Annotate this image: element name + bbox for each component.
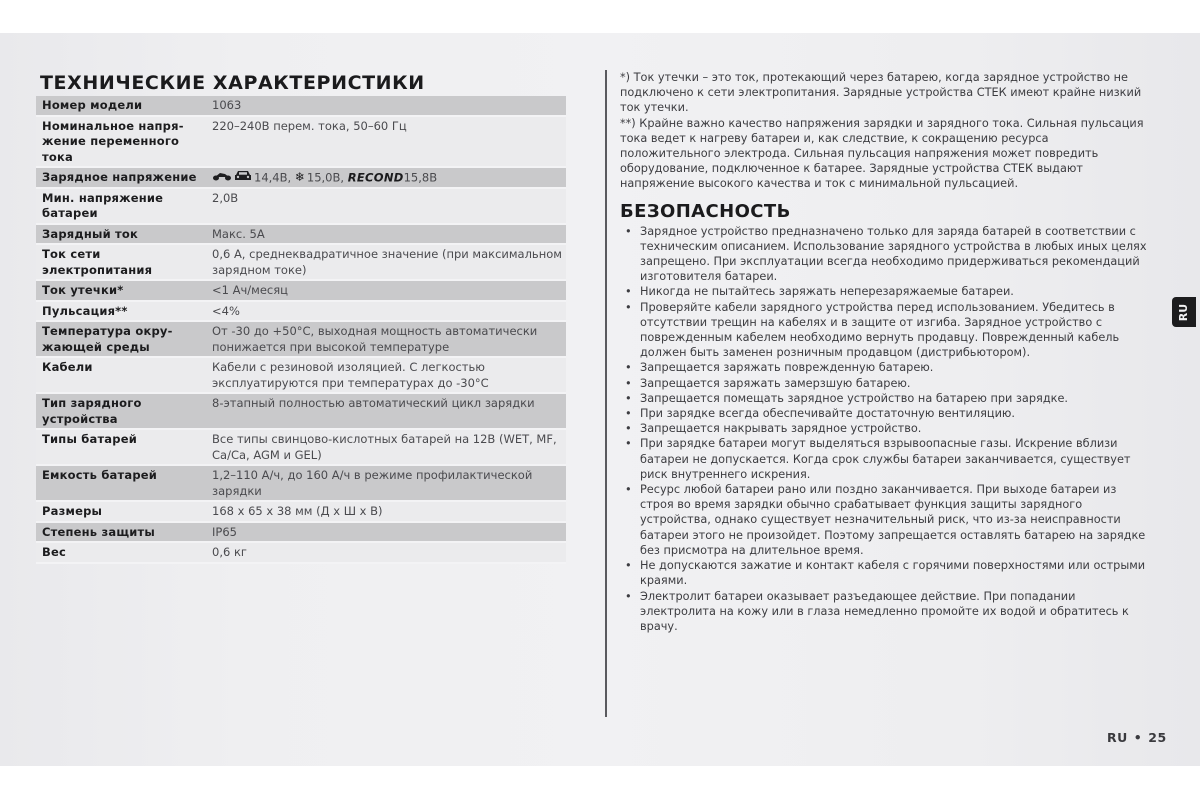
safety-item: •Никогда не пытайтесь заряжать неперезар… xyxy=(620,284,1150,299)
safety-item-text: Запрещается накрывать зарядное устройств… xyxy=(640,422,921,435)
safety-list: •Зарядное устройство предназначено тольк… xyxy=(620,224,1150,634)
spec-value: IP65 xyxy=(206,522,566,543)
safety-item-text: Запрещается заряжать замерзшую батарею. xyxy=(640,377,911,390)
safety-item-text: Электролит батареи оказывает разъедающее… xyxy=(640,590,1129,633)
spec-value: 2,0В xyxy=(206,188,566,224)
safety-item: •Ресурс любой батареи рано или поздно за… xyxy=(620,482,1150,558)
spec-value: Макс. 5А xyxy=(206,224,566,245)
notes-and-safety-section: *) Ток утечки – это ток, протекающий чер… xyxy=(620,70,1150,634)
leakage-current-footnote: *) Ток утечки – это ток, протекающий чер… xyxy=(620,70,1150,116)
spec-row: Вес0,6 кг xyxy=(36,542,566,563)
tech-specs-table: Номер модели1063Номинальное напря-жение … xyxy=(36,96,566,564)
spec-label: Зарядное напряжение xyxy=(36,167,206,188)
spec-label: Номер модели xyxy=(36,96,206,116)
safety-item-text: Запрещается заряжать поврежденную батаре… xyxy=(640,361,933,374)
safety-item: •При зарядке батареи могут выделяться вз… xyxy=(620,436,1150,482)
spec-label: Вес xyxy=(36,542,206,563)
voltage-cold: 15,0В, xyxy=(307,170,344,184)
safety-item: •При зарядке всегда обеспечивайте достат… xyxy=(620,406,1150,421)
language-tab: RU xyxy=(1172,297,1196,327)
tech-specs-title: ТЕХНИЧЕСКИЕ ХАРАКТЕРИСТИКИ xyxy=(36,70,566,96)
voltage-normal: 14,4В, xyxy=(254,170,291,184)
bullet-icon: • xyxy=(625,376,632,391)
spec-value: <4% xyxy=(206,301,566,322)
bullet-icon: • xyxy=(625,436,632,451)
spec-value: 8-этапный полностью автоматический цикл … xyxy=(206,393,566,429)
spec-row: Зарядный токМакс. 5А xyxy=(36,224,566,245)
spec-row: Тип зарядного устройства8-этапный полнос… xyxy=(36,393,566,429)
safety-item-text: Ресурс любой батареи рано или поздно зак… xyxy=(640,483,1145,557)
page-number-value: 25 xyxy=(1148,730,1166,745)
page-lang: RU xyxy=(1107,730,1128,745)
car-icon xyxy=(234,170,252,186)
spec-row: Температура окру-жающей средыОт -30 до +… xyxy=(36,321,566,357)
safety-item: •Запрещается заряжать поврежденную батар… xyxy=(620,360,1150,375)
spec-label: Емкость батарей xyxy=(36,465,206,501)
spec-value: <1 Ач/месяц xyxy=(206,280,566,301)
recond-label: RECOND xyxy=(348,170,404,184)
spec-label: Кабели xyxy=(36,357,206,393)
spec-row: Номер модели1063 xyxy=(36,96,566,116)
column-divider xyxy=(605,70,607,717)
spec-label: Размеры xyxy=(36,501,206,522)
motorcycle-icon xyxy=(212,170,232,186)
safety-item-text: При зарядке всегда обеспечивайте достато… xyxy=(640,407,1015,420)
safety-item: •Проверяйте кабели зарядного устройства … xyxy=(620,300,1150,361)
bullet-icon: • xyxy=(625,300,632,315)
safety-item-text: При зарядке батареи могут выделяться взр… xyxy=(640,437,1131,480)
safety-title: БЕЗОПАСНОСТЬ xyxy=(620,200,1150,224)
spec-label: Тип зарядного устройства xyxy=(36,393,206,429)
language-tab-label: RU xyxy=(1178,303,1191,320)
bullet-icon: • xyxy=(625,360,632,375)
page-separator: • xyxy=(1134,730,1143,745)
spec-value: 14,4В, ❄15,0В, RECOND15,8В xyxy=(206,167,566,188)
spec-row: Степень защитыIP65 xyxy=(36,522,566,543)
spec-label: Номинальное напря-жение переменного тока xyxy=(36,116,206,168)
safety-item: •Не допускаются зажатие и контакт кабеля… xyxy=(620,558,1150,588)
spec-value: 220–240В перем. тока, 50–60 Гц xyxy=(206,116,566,168)
spec-label: Степень защиты xyxy=(36,522,206,543)
ripple-footnote: **) Крайне важно качество напряжения зар… xyxy=(620,116,1150,192)
bullet-icon: • xyxy=(625,482,632,497)
spec-label: Зарядный ток xyxy=(36,224,206,245)
spec-value: 1,2–110 А/ч, до 160 А/ч в режиме профила… xyxy=(206,465,566,501)
bullet-icon: • xyxy=(625,558,632,573)
spec-row: Зарядное напряжение14,4В, ❄15,0В, RECOND… xyxy=(36,167,566,188)
spec-row: Емкость батарей1,2–110 А/ч, до 160 А/ч в… xyxy=(36,465,566,501)
spec-label: Температура окру-жающей среды xyxy=(36,321,206,357)
safety-item: •Запрещается помещать зарядное устройств… xyxy=(620,391,1150,406)
snowflake-icon: ❄ xyxy=(295,170,305,186)
spec-row: Типы батарейВсе типы свинцово-кислотных … xyxy=(36,429,566,465)
spec-row: Мин. напряжение батареи2,0В xyxy=(36,188,566,224)
spec-row: Ток сети электропитания0,6 А, среднеквад… xyxy=(36,244,566,280)
tech-specs-section: ТЕХНИЧЕСКИЕ ХАРАКТЕРИСТИКИ Номер модели1… xyxy=(36,70,566,564)
voltage-recond: 15,8В xyxy=(404,170,438,184)
spec-value: 1063 xyxy=(206,96,566,116)
spec-label: Мин. напряжение батареи xyxy=(36,188,206,224)
safety-item-text: Никогда не пытайтесь заряжать неперезаря… xyxy=(640,285,1014,298)
spec-value: 168 x 65 x 38 мм (Д x Ш x В) xyxy=(206,501,566,522)
safety-item-text: Не допускаются зажатие и контакт кабеля … xyxy=(640,559,1145,587)
spec-row: КабелиКабели с резиновой изоляцией. С ле… xyxy=(36,357,566,393)
spec-value: Все типы свинцово-кислотных батарей на 1… xyxy=(206,429,566,465)
spec-value: От -30 до +50°С, выходная мощность автом… xyxy=(206,321,566,357)
spec-row: Пульсация**<4% xyxy=(36,301,566,322)
bullet-icon: • xyxy=(625,224,632,239)
spec-value: 0,6 кг xyxy=(206,542,566,563)
spec-label: Ток сети электропитания xyxy=(36,244,206,280)
spec-row: Номинальное напря-жение переменного тока… xyxy=(36,116,566,168)
spec-row: Ток утечки*<1 Ач/месяц xyxy=(36,280,566,301)
safety-item: •Зарядное устройство предназначено тольк… xyxy=(620,224,1150,285)
spec-value: Кабели с резиновой изоляцией. С легкость… xyxy=(206,357,566,393)
spec-label: Типы батарей xyxy=(36,429,206,465)
bullet-icon: • xyxy=(625,589,632,604)
spec-label: Ток утечки* xyxy=(36,280,206,301)
bullet-icon: • xyxy=(625,421,632,436)
page-number: RU•25 xyxy=(1107,730,1167,745)
spec-row: Размеры168 x 65 x 38 мм (Д x Ш x В) xyxy=(36,501,566,522)
manual-page-spread: ТЕХНИЧЕСКИЕ ХАРАКТЕРИСТИКИ Номер модели1… xyxy=(0,33,1200,766)
safety-item-text: Запрещается помещать зарядное устройство… xyxy=(640,392,1068,405)
bullet-icon: • xyxy=(625,406,632,421)
bullet-icon: • xyxy=(625,284,632,299)
spec-label: Пульсация** xyxy=(36,301,206,322)
safety-item: •Электролит батареи оказывает разъедающе… xyxy=(620,589,1150,635)
safety-item: •Запрещается заряжать замерзшую батарею. xyxy=(620,376,1150,391)
safety-item-text: Проверяйте кабели зарядного устройства п… xyxy=(640,301,1119,360)
safety-item: •Запрещается накрывать зарядное устройст… xyxy=(620,421,1150,436)
bullet-icon: • xyxy=(625,391,632,406)
safety-item-text: Зарядное устройство предназначено только… xyxy=(640,225,1147,284)
spec-value: 0,6 А, среднеквадратичное значение (при … xyxy=(206,244,566,280)
